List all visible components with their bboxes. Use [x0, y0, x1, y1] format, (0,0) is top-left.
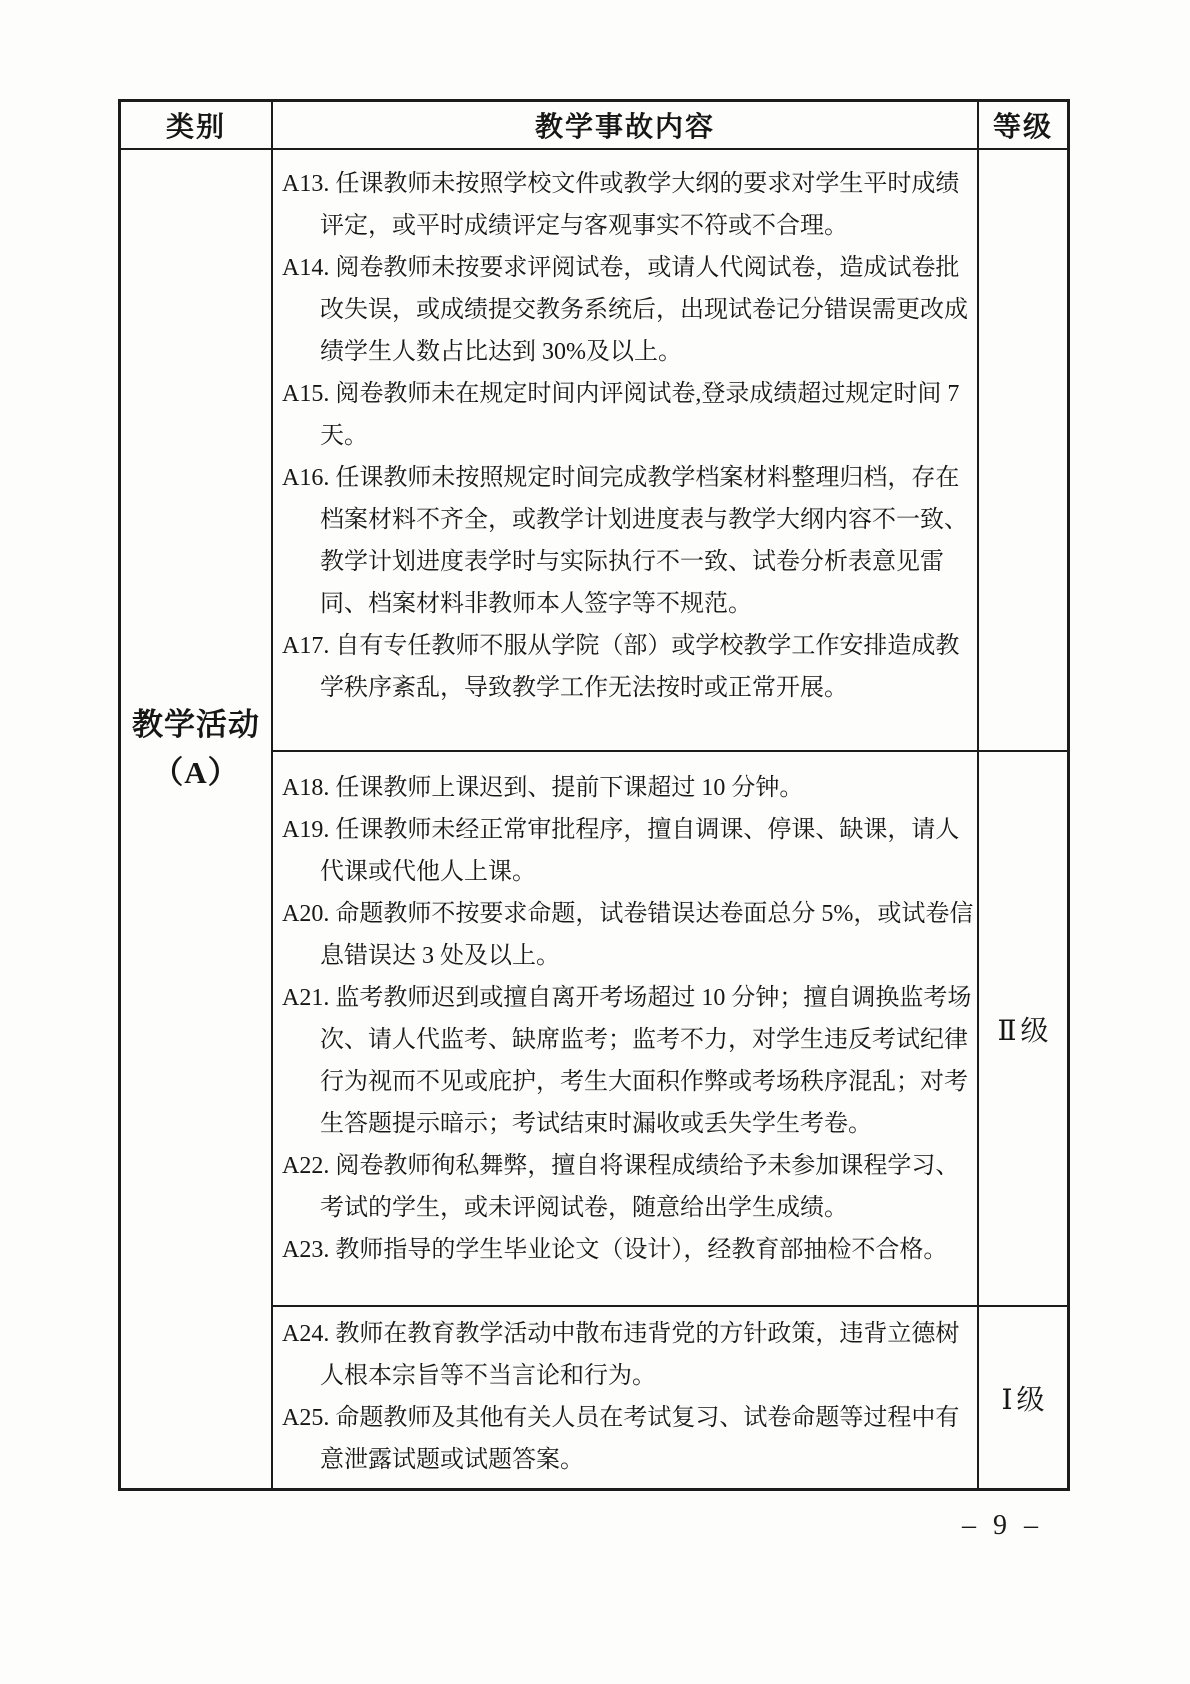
section-items-a13-a17: A13. 任课教师未按照学校文件或教学大纲的要求对学生平时成绩评定，或平时成绩评… [273, 150, 979, 752]
level-value-grade2: Ⅱ级 [997, 1009, 1052, 1049]
accident-item-a17: A17. 自有专任教师不服从学院（部）或学校教学工作安排造成教学秩序紊乱，导致教… [282, 625, 975, 709]
accident-item-a24: A24. 教师在教育教学活动中散布违背党的方针政策，违背立德树人根本宗旨等不当言… [282, 1313, 975, 1397]
accident-item-a16: A16. 任课教师未按照规定时间完成教学档案材料整理归档，存在档案材料不齐全，或… [282, 457, 975, 625]
category-label: 教学活动 （A） [132, 701, 260, 797]
section-items-a24-a25: A24. 教师在教育教学活动中散布违背党的方针政策，违背立德树人根本宗旨等不当言… [273, 1307, 979, 1488]
accident-item-a13: A13. 任课教师未按照学校文件或教学大纲的要求对学生平时成绩评定，或平时成绩评… [282, 163, 975, 247]
accident-item-a18: A18. 任课教师上课迟到、提前下课超过 10 分钟。 [282, 767, 975, 809]
level-cell-grade2: Ⅱ级 [979, 752, 1067, 1307]
accident-item-a22: A22. 阅卷教师徇私舞弊，擅自将课程成绩给予未参加课程学习、考试的学生，或未评… [282, 1145, 975, 1229]
level-cell-blank [979, 150, 1067, 752]
accident-item-a19: A19. 任课教师未经正常审批程序，擅自调课、停课、缺课，请人代课或代他人上课。 [282, 809, 975, 893]
category-cell: 教学活动 （A） [121, 150, 273, 1488]
category-title: 教学活动 [132, 701, 260, 749]
accident-item-a23: A23. 教师指导的学生毕业论文（设计），经教育部抽检不合格。 [282, 1229, 975, 1271]
page-number: – 9 – [925, 1510, 1075, 1542]
accident-item-a25: A25. 命题教师及其他有关人员在考试复习、试卷命题等过程中有意泄露试题或试题答… [282, 1397, 975, 1481]
level-value-grade1: Ⅰ级 [1001, 1378, 1048, 1418]
header-content: 教学事故内容 [273, 102, 979, 150]
header-level: 等级 [979, 102, 1067, 150]
section-items-a18-a23: A18. 任课教师上课迟到、提前下课超过 10 分钟。 A19. 任课教师未经正… [273, 752, 979, 1307]
teaching-accident-table: 类别 教学事故内容 等级 教学活动 （A） A13. 任课教师未按照学校文件或教… [118, 99, 1070, 1491]
accident-item-a21: A21. 监考教师迟到或擅自离开考场超过 10 分钟；擅自调换监考场次、请人代监… [282, 977, 975, 1145]
header-category: 类别 [121, 102, 273, 150]
accident-item-a20: A20. 命题教师不按要求命题，试卷错误达卷面总分 5%，或试卷信息错误达 3 … [282, 893, 975, 977]
accident-item-a15: A15. 阅卷教师未在规定时间内评阅试卷,登录成绩超过规定时间 7 天。 [282, 373, 975, 457]
accident-item-a14: A14. 阅卷教师未按要求评阅试卷，或请人代阅试卷，造成试卷批改失误，或成绩提交… [282, 247, 975, 373]
level-cell-grade1: Ⅰ级 [979, 1307, 1067, 1488]
category-code: （A） [132, 749, 260, 797]
